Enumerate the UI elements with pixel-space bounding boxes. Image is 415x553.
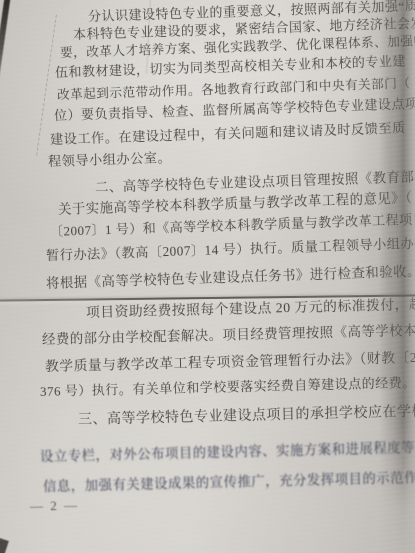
text-line: 将根据《高等学校特色专业建设点任务书》进行检查和验收。 — [46, 261, 415, 292]
text-line: 376 号）执行。有关单位和学校要落实经费自筹建设点的经费。 — [40, 372, 415, 400]
dark-edge-top-left — [0, 0, 11, 86]
text-line: 三、高等学校特色专业建设点项目的承担学校应在学校网 — [78, 400, 415, 429]
text-line: 经费的部分由学校配套解决。项目经费管理按照《高等学校本 — [42, 320, 415, 348]
text-line: 设立专栏，对外公布项目的建设内容、实施方案和进展程度等相 — [40, 437, 415, 465]
dark-edge-bottom-left — [0, 538, 9, 553]
document-photo: 分认识建设特色专业的重要意义，按照两部有关加强“质量 本科特色专业建设的要求，紧… — [0, 0, 415, 553]
page-number: — 2 — — [30, 497, 79, 514]
text-line: 信息，加强有关建设成果的宣传推广，充分发挥项目的示范作用 — [43, 467, 415, 495]
text-line: 程领导小组办公室。 — [48, 147, 172, 170]
text-line: 教学质量与教学改革工程专项资金管理暂行办法》（财教〔200 — [45, 346, 415, 375]
